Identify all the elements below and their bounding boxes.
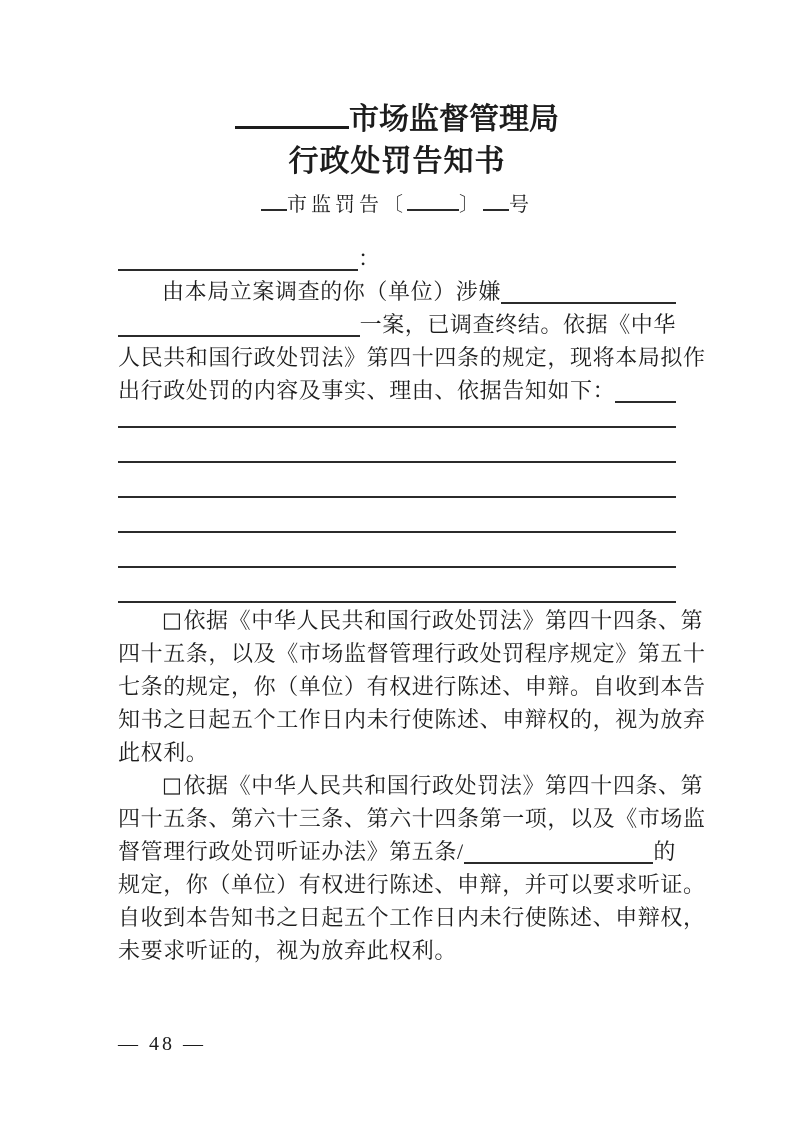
option2-line-4: 规定，你（单位）有权进行陈述、申辩，并可以要求听证。 <box>118 867 676 900</box>
doc-number-suffix-label: 号 <box>509 194 533 216</box>
addressee-blank-field <box>118 244 358 271</box>
option2-line-5: 自收到本告知书之日起五个工作日内未行使陈述、申辩权， <box>118 900 676 933</box>
doc-number-serial-blank-field <box>483 207 509 211</box>
option2-paragraph: □依据《中华人民共和国行政处罚法》第四十四条、第 四十五条、第六十三条、第六十四… <box>118 768 676 966</box>
addressee-line: ： <box>118 241 676 274</box>
option2-line-6-text: 未要求听证的，视为放弃此权利。 <box>118 935 457 966</box>
intro-line-4-text: 出行政处罚的内容及事实、理由、依据告知如下： <box>118 375 615 406</box>
org-name-suffix: 市场监督管理局 <box>349 103 559 136</box>
intro-line-2: 一案，已调查终结。依据《中华 <box>118 307 676 340</box>
option2-line-5-text: 自收到本告知书之日起五个工作日内未行使陈述、申辩权， <box>118 902 706 933</box>
option2-line-3-before-text: 督管理行政处罚听证办法》第五条/ <box>118 836 464 867</box>
doc-number-city-blank-field <box>261 207 287 211</box>
document-content: 市场监督管理局 行政处罚告知书 市监罚告〔〕号 ： 由本局立案调查的你（单位）涉… <box>118 0 676 966</box>
org-name-blank-field <box>235 123 349 129</box>
intro-line-4: 出行政处罚的内容及事实、理由、依据告知如下： <box>118 373 676 406</box>
case-name-blank-field <box>118 310 360 337</box>
page-number: — 48 — <box>118 1033 206 1056</box>
document-page: 市场监督管理局 行政处罚告知书 市监罚告〔〕号 ： 由本局立案调查的你（单位）涉… <box>0 0 793 1122</box>
notice-content-blank-line-2 <box>118 428 676 463</box>
option1-paragraph: □依据《中华人民共和国行政处罚法》第四十四条、第 四十五条，以及《市场监督管理行… <box>118 603 676 768</box>
option1-line-1: □依据《中华人民共和国行政处罚法》第四十四条、第 <box>118 603 676 636</box>
notice-content-blank-line-5 <box>118 533 676 568</box>
doc-title-line2: 行政处罚告知书 <box>118 140 676 184</box>
hearing-right-checkbox: □ <box>118 770 182 801</box>
option2-line-4-text: 规定，你（单位）有权进行陈述、申辩，并可以要求听证。 <box>118 869 706 900</box>
notice-content-blank-line-1 <box>118 406 676 428</box>
option1-line-3: 七条的规定，你（单位）有权进行陈述、申辩。自收到本告 <box>118 669 676 702</box>
intro-line-3-text: 人民共和国行政处罚法》第四十四条的规定，现将本局拟作 <box>118 342 706 373</box>
suspected-violation-blank-field <box>501 277 676 304</box>
option1-line-5: 此权利。 <box>118 735 676 768</box>
option2-line-1: □依据《中华人民共和国行政处罚法》第四十四条、第 <box>118 768 676 801</box>
doc-title-line1: 市场监督管理局 <box>118 100 676 140</box>
intro-line-1: 由本局立案调查的你（单位）涉嫌 <box>118 274 676 307</box>
notice-content-blank-field-0 <box>615 376 676 403</box>
option2-line-6: 未要求听证的，视为放弃此权利。 <box>118 933 676 966</box>
legal-basis-blank-field <box>464 837 654 864</box>
option1-line-4-text: 知书之日起五个工作日内未行使陈述、申辩权的，视为放弃 <box>118 704 706 735</box>
notice-content-blank-line-3 <box>118 463 676 498</box>
doc-number-bracket-open: 〔 <box>383 194 407 216</box>
doc-number-year-blank-field <box>407 207 459 211</box>
document-body: ： 由本局立案调查的你（单位）涉嫌 一案，已调查终结。依据《中华 人民共和国行政… <box>118 241 676 966</box>
option2-line-2: 四十五条、第六十三条、第六十四条第一项，以及《市场监 <box>118 801 676 834</box>
option2-line-3-after-text: 的 <box>653 836 676 867</box>
doc-number-bracket-close: 〕 <box>459 194 483 216</box>
option2-line-2-text: 四十五条、第六十三条、第六十四条第一项，以及《市场监 <box>118 803 706 834</box>
option1-line-2-text: 四十五条，以及《市场监督管理行政处罚程序规定》第五十 <box>118 638 706 669</box>
option1-line-5-text: 此权利。 <box>118 737 208 768</box>
intro-line-1-text: 由本局立案调查的你（单位）涉嫌 <box>118 276 501 307</box>
doc-number-line: 市监罚告〔〕号 <box>118 191 676 219</box>
statement-right-checkbox: □ <box>118 605 182 636</box>
notice-content-blank-line-6 <box>118 568 676 603</box>
doc-number-agency-label: 市监罚告 <box>287 194 383 216</box>
option1-line-4: 知书之日起五个工作日内未行使陈述、申辩权的，视为放弃 <box>118 702 676 735</box>
option1-line-1-text: 依据《中华人民共和国行政处罚法》第四十四条、第 <box>183 605 703 636</box>
option1-line-3-text: 七条的规定，你（单位）有权进行陈述、申辩。自收到本告 <box>118 671 706 702</box>
addressee-colon: ： <box>358 243 381 274</box>
option2-line-1-text: 依据《中华人民共和国行政处罚法》第四十四条、第 <box>183 770 703 801</box>
intro-line-2-text: 一案，已调查终结。依据《中华 <box>360 309 676 340</box>
option1-line-2: 四十五条，以及《市场监督管理行政处罚程序规定》第五十 <box>118 636 676 669</box>
intro-line-3: 人民共和国行政处罚法》第四十四条的规定，现将本局拟作 <box>118 340 676 373</box>
notice-content-blank-line-4 <box>118 498 676 533</box>
option2-line-3: 督管理行政处罚听证办法》第五条/ 的 <box>118 834 676 867</box>
